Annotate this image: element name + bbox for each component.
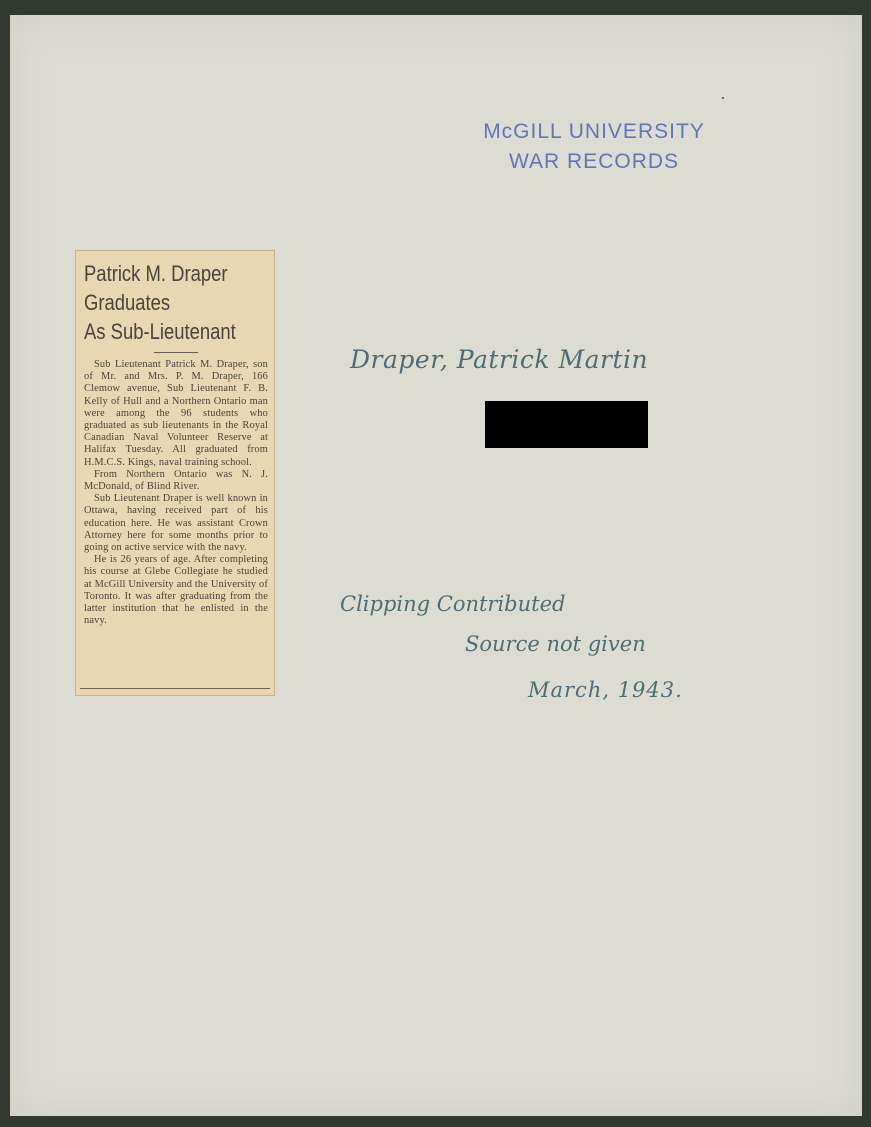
- war-records-stamp: McGILL UNIVERSITY WAR RECORDS: [459, 117, 729, 177]
- clipping-body: Sub Lieutenant Patrick M. Draper, son of…: [84, 359, 268, 627]
- handwritten-note-contributed: Clipping Contributed: [340, 592, 565, 616]
- handwritten-date: March, 1943.: [528, 678, 683, 702]
- clipping-paragraph: He is 26 years of age. After completing …: [84, 554, 268, 627]
- handwritten-name: Draper, Patrick Martin: [350, 345, 648, 374]
- clipping-paragraph: Sub Lieutenant Draper is well known in O…: [84, 493, 268, 554]
- clipping-bottom-rule: [80, 688, 270, 689]
- clipping-paragraph: Sub Lieutenant Patrick M. Draper, son of…: [84, 359, 268, 469]
- headline-line-2: Graduates: [84, 288, 281, 317]
- stamp-line-2: WAR RECORDS: [459, 147, 729, 177]
- redaction-box: [485, 401, 648, 448]
- clipping-headline: Patrick M. Draper Graduates As Sub-Lieut…: [84, 259, 281, 346]
- ink-speck: [722, 97, 724, 99]
- stamp-line-1: McGILL UNIVERSITY: [459, 117, 729, 147]
- headline-line-1: Patrick M. Draper: [84, 259, 281, 288]
- headline-divider: [154, 352, 198, 353]
- handwritten-note-source: Source not given: [465, 632, 646, 656]
- headline-line-3: As Sub-Lieutenant: [84, 317, 281, 346]
- newspaper-clipping: Patrick M. Draper Graduates As Sub-Lieut…: [75, 250, 275, 696]
- document-page: McGILL UNIVERSITY WAR RECORDS Patrick M.…: [10, 15, 862, 1116]
- clipping-paragraph: From Northern Ontario was N. J. McDonald…: [84, 469, 268, 493]
